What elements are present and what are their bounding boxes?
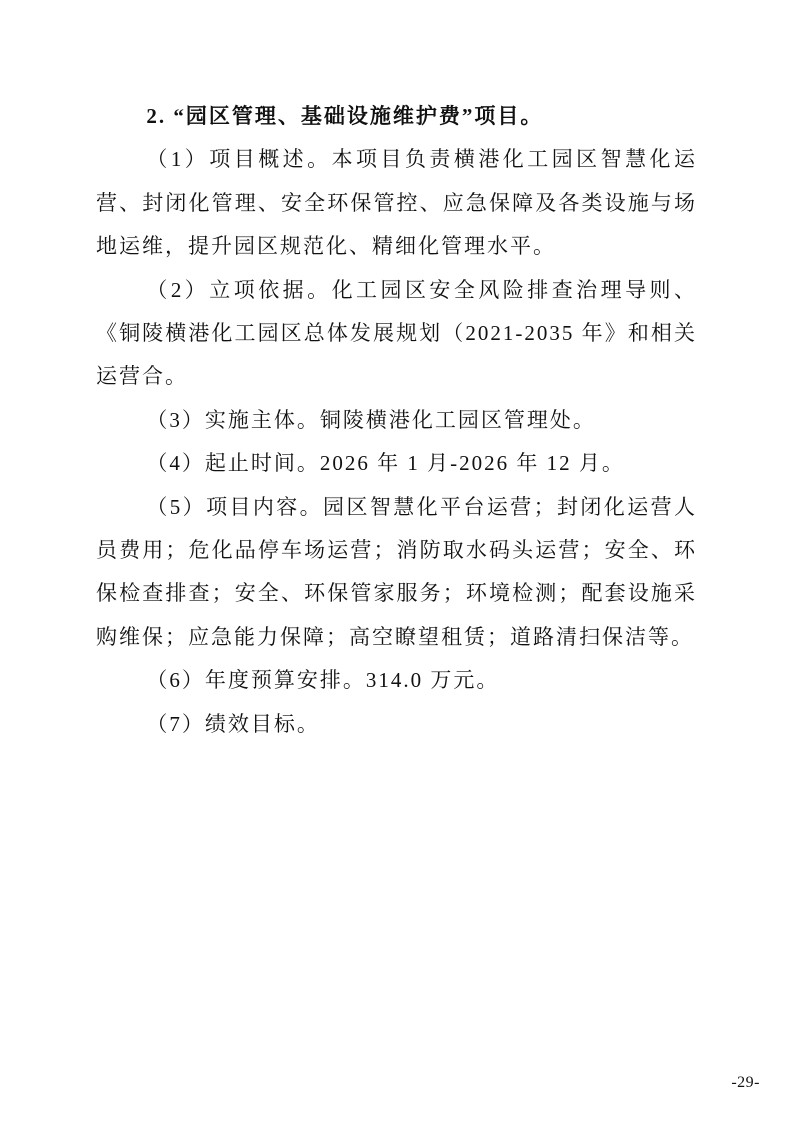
document-page: 2. “园区管理、基础设施维护费”项目。 （1）项目概述。本项目负责横港化工园区…: [0, 0, 793, 1122]
paragraph-approval-basis: （2）立项依据。化工园区安全风险排查治理导则、《铜陵横港化工园区总体发展规划（2…: [96, 269, 697, 399]
section-heading: 2. “园区管理、基础设施维护费”项目。: [96, 95, 697, 138]
paragraph-project-content: （5）项目内容。园区智慧化平台运营；封闭化运营人员费用；危化品停车场运营；消防取…: [96, 486, 697, 660]
paragraph-time-period: （4）起止时间。2026 年 1 月-2026 年 12 月。: [96, 442, 697, 485]
paragraph-annual-budget: （6）年度预算安排。314.0 万元。: [96, 659, 697, 702]
page-footer: -29-: [731, 1074, 760, 1092]
paragraph-project-overview: （1）项目概述。本项目负责横港化工园区智慧化运营、封闭化管理、安全环保管控、应急…: [96, 138, 697, 268]
document-body: 2. “园区管理、基础设施维护费”项目。 （1）项目概述。本项目负责横港化工园区…: [96, 95, 697, 746]
paragraph-performance-target: （7）绩效目标。: [96, 703, 697, 746]
page-number: -29-: [731, 1074, 760, 1091]
paragraph-implementing-entity: （3）实施主体。铜陵横港化工园区管理处。: [96, 399, 697, 442]
